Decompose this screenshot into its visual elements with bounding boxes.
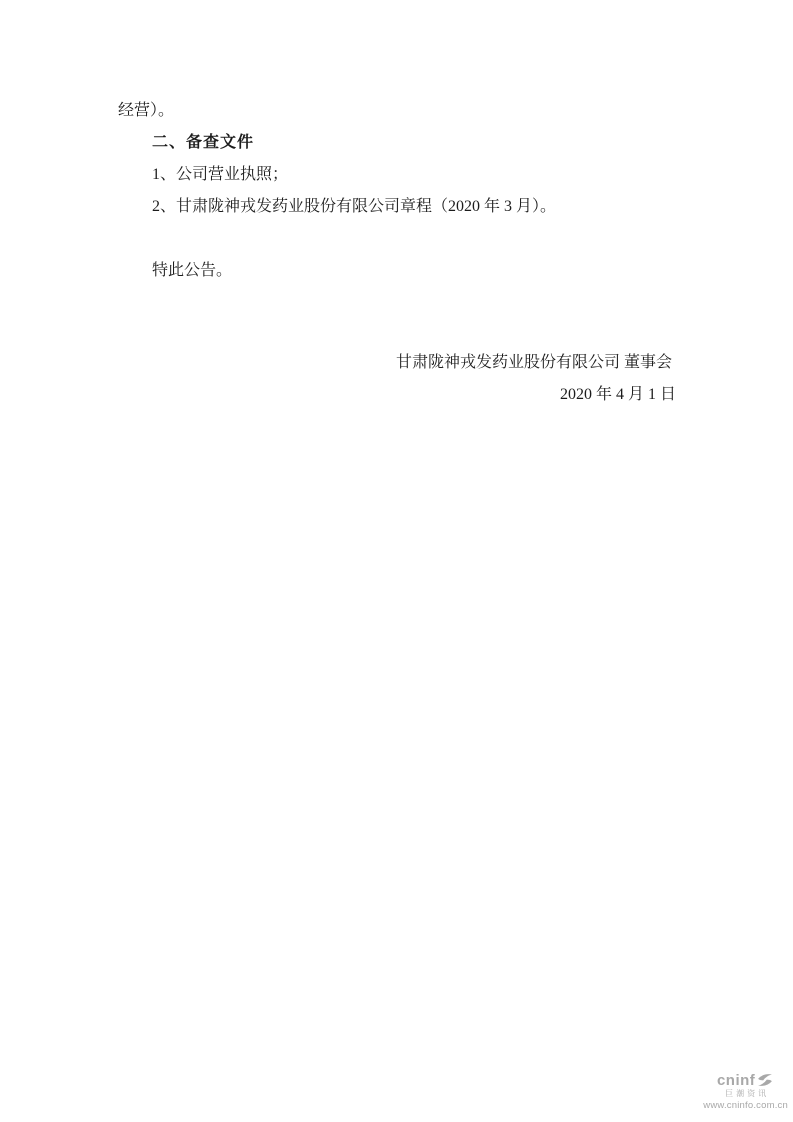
list-item-articles-of-association: 2、甘肃陇神戎发药业股份有限公司章程（2020 年 3 月）。 (118, 191, 676, 223)
signature-date: 2020 年 4 月 1 日 (118, 379, 676, 411)
closing-statement: 特此公告。 (118, 255, 676, 287)
cninfo-swirl-icon (756, 1072, 774, 1088)
blank-line (118, 287, 676, 319)
document-body: 经营）。 二、备查文件 1、公司营业执照； 2、甘肃陇神戎发药业股份有限公司章程… (118, 95, 676, 411)
cninfo-logo-row: cninf (703, 1072, 788, 1088)
cninfo-logo-text: cninf (717, 1073, 755, 1088)
document-page: 经营）。 二、备查文件 1、公司营业执照； 2、甘肃陇神戎发药业股份有限公司章程… (0, 0, 793, 1122)
continuation-line: 经营）。 (118, 95, 676, 127)
cninfo-chinese-label: 巨潮资讯 (703, 1090, 788, 1098)
signature-company: 甘肃陇神戎发药业股份有限公司 董事会 (118, 347, 676, 379)
cninfo-watermark: cninf 巨潮资讯 www.cninfo.com.cn (703, 1072, 788, 1111)
blank-line (118, 319, 676, 347)
list-item-business-license: 1、公司营业执照； (118, 159, 676, 191)
cninfo-url-label: www.cninfo.com.cn (703, 1101, 788, 1111)
section-heading-reference-documents: 二、备查文件 (118, 127, 676, 159)
blank-line (118, 223, 676, 255)
